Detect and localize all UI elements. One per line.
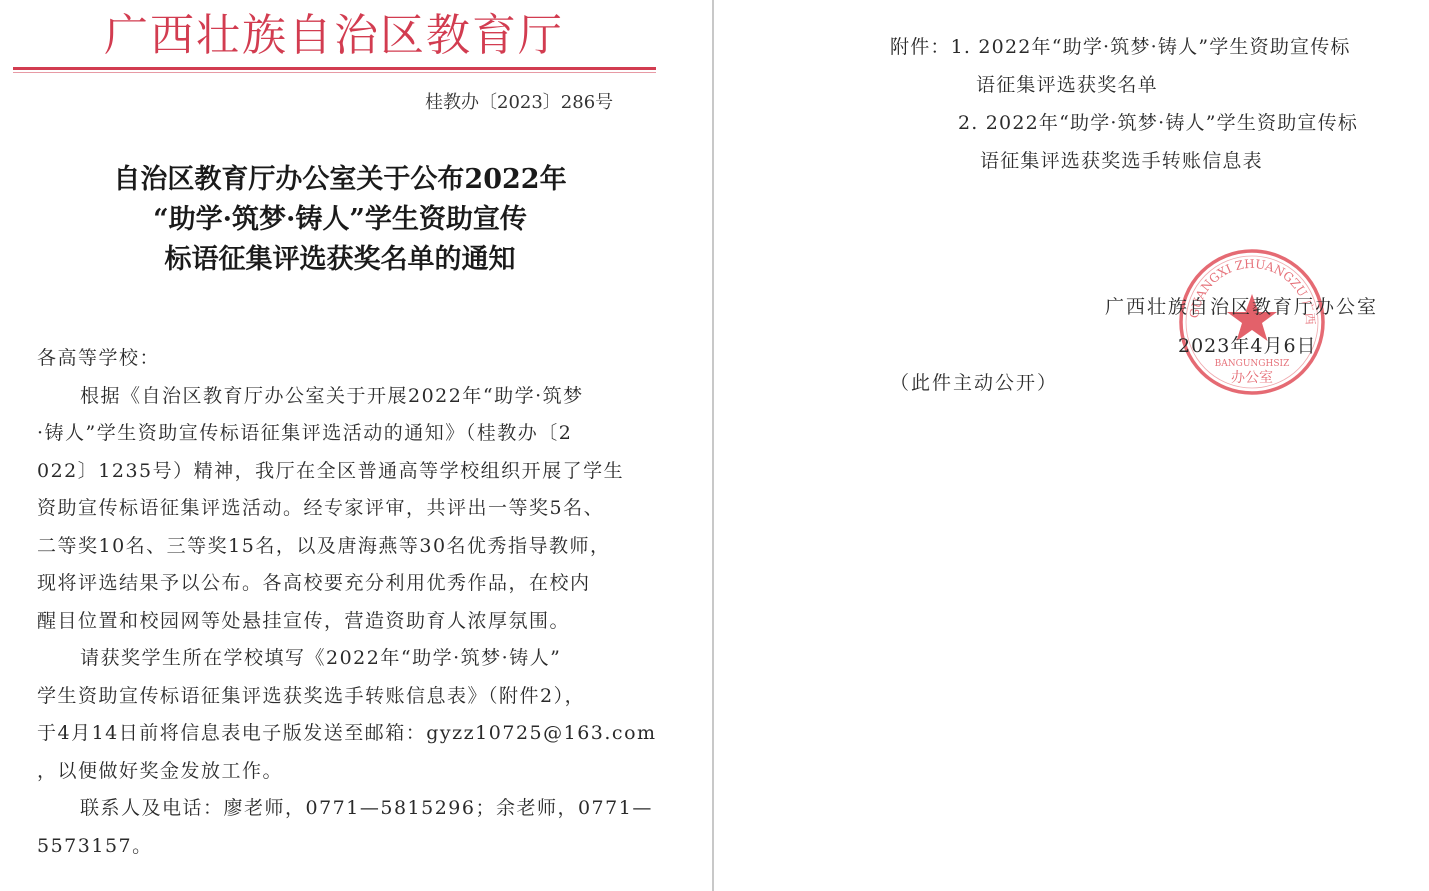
body-line-email: 于4月14日前将信息表电子版发送至邮箱：gyzz10725@163.com bbox=[37, 715, 632, 753]
attachment-item-2-cont: 语征集评选获奖选手转账信息表 bbox=[890, 142, 1358, 180]
body-line: 二等奖10名、三等奖15名，以及唐海燕等30名优秀指导教师， bbox=[37, 528, 632, 566]
contact-line: 5573157。 bbox=[37, 828, 632, 866]
svg-text:办公室: 办公室 bbox=[1231, 369, 1273, 386]
title-line: “助学·筑梦·铸人”学生资助宣传 bbox=[60, 200, 620, 240]
body-line: 022〕1235号）精神，我厅在全区普通高等学校组织开展了学生 bbox=[37, 453, 632, 491]
document-title: 自治区教育厅办公室关于公布2022年 “助学·筑梦·铸人”学生资助宣传 标语征集… bbox=[60, 160, 620, 280]
left-page: 广西壮族自治区教育厅 桂教办〔2023〕286号 自治区教育厅办公室关于公布20… bbox=[0, 0, 712, 891]
attachment-item-2: 2. 2022年“助学·筑梦·铸人”学生资助宣传标 bbox=[890, 104, 1358, 142]
body-line: ，以便做好奖金发放工作。 bbox=[37, 753, 632, 791]
document-number: 桂教办〔2023〕286号 bbox=[425, 88, 613, 114]
masthead-title: 广西壮族自治区教育厅 bbox=[104, 8, 564, 64]
attachment-item-1: 附件：1. 2022年“助学·筑梦·铸人”学生资助宣传标 bbox=[890, 28, 1358, 66]
public-disclosure-note: （此件主动公开） bbox=[890, 368, 1058, 395]
body-line: ·铸人”学生资助宣传标语征集评选活动的通知》（桂教办〔2 bbox=[37, 415, 632, 453]
attachment-item-1-cont: 语征集评选获奖名单 bbox=[890, 66, 1358, 104]
body-line: 醒目位置和校园网等处悬挂宣传，营造资助育人浓厚氛围。 bbox=[37, 603, 632, 641]
signature-date: 2023年4月6日 bbox=[1178, 331, 1317, 358]
body-line: 学生资助宣传标语征集评选获奖选手转账信息表》（附件2）， bbox=[37, 678, 632, 716]
title-line: 自治区教育厅办公室关于公布2022年 bbox=[60, 160, 620, 200]
body-line: 现将评选结果予以公布。各高校要充分利用优秀作品，在校内 bbox=[37, 565, 632, 603]
document-body: 各高等学校： 根据《自治区教育厅办公室关于开展2022年“助学·筑梦 ·铸人”学… bbox=[37, 340, 632, 865]
svg-text:BANGUNGHSIZ: BANGUNGHSIZ bbox=[1215, 359, 1290, 369]
masthead-red-rule bbox=[13, 67, 656, 70]
salutation: 各高等学校： bbox=[37, 340, 632, 378]
signature-organization: 广西壮族自治区教育厅办公室 bbox=[1105, 292, 1378, 319]
official-seal-icon: GUANGXI ZHUANGZU 广西壮族自治区教育厅 BANGUNGHSIZ … bbox=[1178, 248, 1326, 396]
masthead-red-rule-thin bbox=[13, 72, 656, 73]
body-line: 资助宣传标语征集评选活动。经专家评审，共评出一等奖5名、 bbox=[37, 490, 632, 528]
body-line: 根据《自治区教育厅办公室关于开展2022年“助学·筑梦 bbox=[37, 378, 632, 416]
contact-line: 联系人及电话：廖老师，0771—5815296；余老师，0771— bbox=[37, 790, 632, 828]
attachments-list: 附件：1. 2022年“助学·筑梦·铸人”学生资助宣传标 语征集评选获奖名单 2… bbox=[890, 28, 1358, 180]
body-line: 请获奖学生所在学校填写《2022年“助学·筑梦·铸人” bbox=[37, 640, 632, 678]
title-line: 标语征集评选获奖名单的通知 bbox=[60, 240, 620, 280]
